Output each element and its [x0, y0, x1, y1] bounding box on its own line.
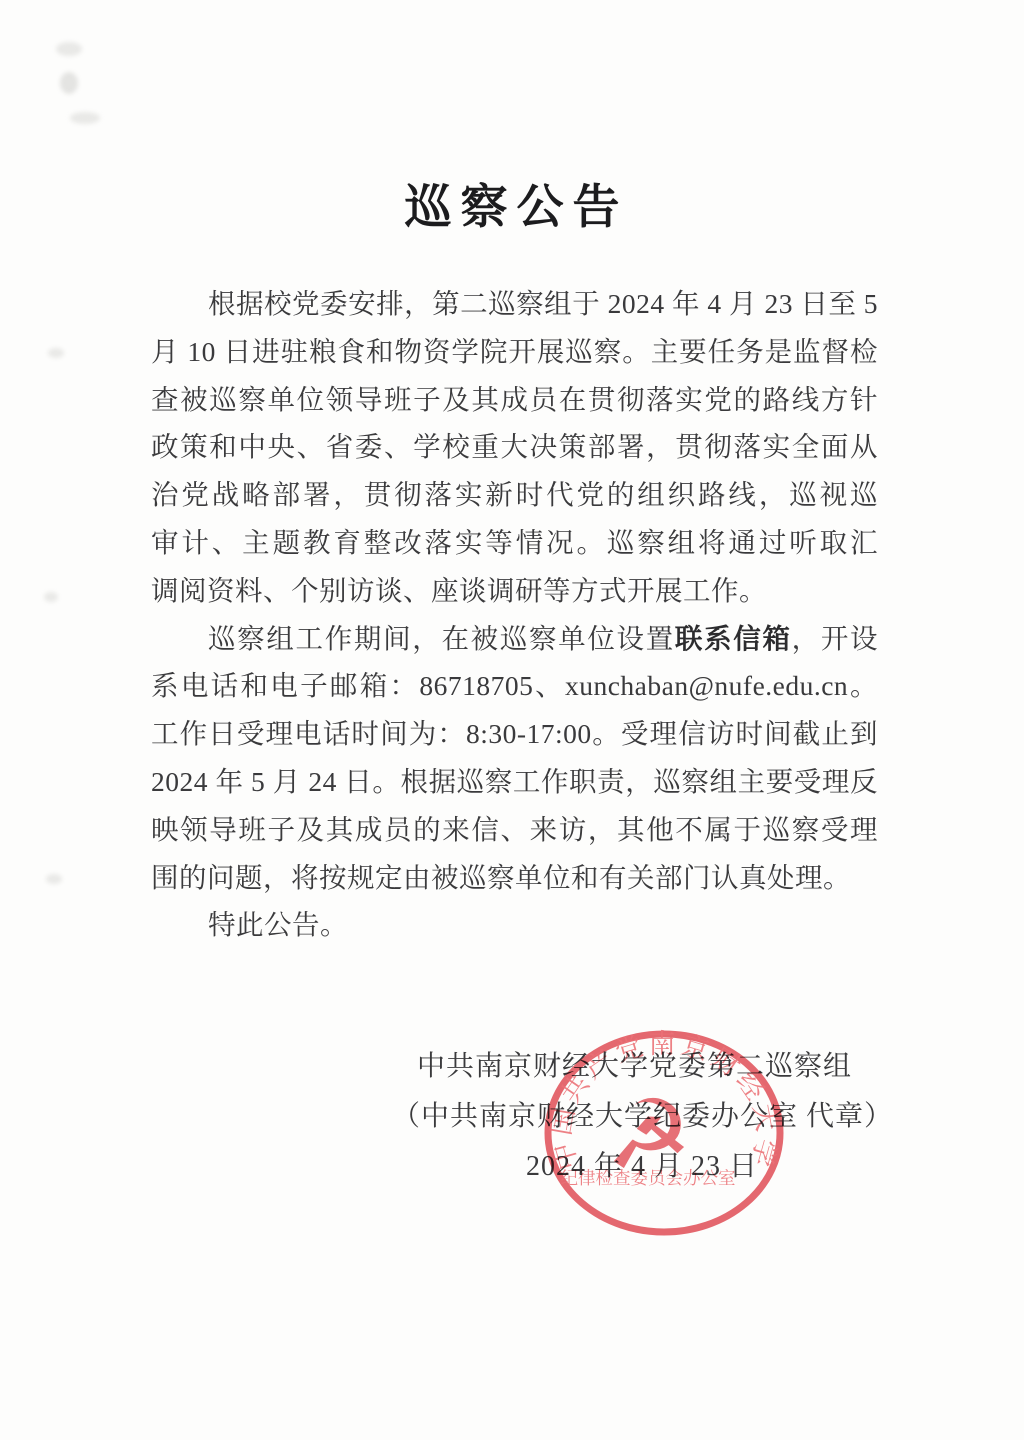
- body-text-segment: 系电话和电子邮箱：86718705、xunchaban@nufe.edu.cn。: [151, 670, 878, 701]
- body-text-segment: 根据校党委安排，第二巡察组于 2024 年 4 月 23 日至 5: [208, 288, 878, 319]
- signature-org: 中共南京财经大学党委第二巡察组: [417, 1050, 852, 1084]
- body-line: 特此公告。: [151, 901, 878, 949]
- body-line: 系电话和电子邮箱：86718705、xunchaban@nufe.edu.cn。: [151, 662, 878, 710]
- scan-artifact: [48, 348, 64, 358]
- body-text-segment: 工作日受理电话时间为：8:30-17:00。受理信访时间截止到: [151, 718, 878, 749]
- body-line: 政策和中央、省委、学校重大决策部署，贯彻落实全面从严: [151, 423, 878, 471]
- body-text-segment: 治党战略部署，贯彻落实新时代党的组织路线，巡视巡察、: [151, 479, 878, 519]
- body-line: 根据校党委安排，第二巡察组于 2024 年 4 月 23 日至 5: [151, 280, 878, 328]
- body-text-segment: 调阅资料、个别访谈、座谈调研等方式开展工作。: [151, 575, 767, 606]
- emphasized-text: 联系信箱: [675, 623, 792, 654]
- signature-agent: （中共南京财经大学纪委办公室 代章）: [392, 1100, 893, 1134]
- body-text-segment: 查被巡察单位领导班子及其成员在贯彻落实党的路线方针: [151, 384, 878, 415]
- document-body: 根据校党委安排，第二巡察组于 2024 年 4 月 23 日至 5月 10 日进…: [151, 280, 878, 949]
- scan-artifact: [56, 42, 82, 56]
- body-line: 巡察组工作期间，在被巡察单位设置联系信箱，开设联: [151, 615, 878, 663]
- body-line: 月 10 日进驻粮食和物资学院开展巡察。主要任务是监督检: [151, 328, 878, 376]
- body-line: 工作日受理电话时间为：8:30-17:00。受理信访时间截止到: [151, 710, 878, 758]
- body-line: 2024 年 5 月 24 日。根据巡察工作职责，巡察组主要受理反: [151, 758, 878, 806]
- body-line: 治党战略部署，贯彻落实新时代党的组织路线，巡视巡察、: [151, 471, 878, 519]
- scan-artifact: [46, 874, 62, 884]
- scan-artifact: [44, 592, 58, 602]
- body-line: 审计、主题教育整改落实等情况。巡察组将通过听取汇报、: [151, 519, 878, 567]
- scan-artifact: [60, 72, 78, 94]
- body-line: 调阅资料、个别访谈、座谈调研等方式开展工作。: [151, 567, 878, 615]
- body-text-segment: 特此公告。: [208, 909, 348, 940]
- signature-date: 2024 年 4 月 23 日: [526, 1150, 758, 1184]
- page-title: 巡察公告: [0, 170, 1024, 237]
- body-line: 围的问题，将按规定由被巡察单位和有关部门认真处理。: [151, 854, 878, 902]
- body-text-segment: 月 10 日进驻粮食和物资学院开展巡察。主要任务是监督检: [151, 336, 878, 367]
- body-line: 查被巡察单位领导班子及其成员在贯彻落实党的路线方针: [151, 376, 878, 424]
- body-text-segment: 映领导班子及其成员的来信、来访，其他不属于巡察受理范: [151, 814, 878, 854]
- body-text-segment: 巡察组工作期间，在被巡察单位设置: [208, 623, 675, 654]
- scan-artifact: [70, 112, 100, 124]
- document-page: 巡察公告 根据校党委安排，第二巡察组于 2024 年 4 月 23 日至 5月 …: [0, 0, 1024, 1440]
- body-line: 映领导班子及其成员的来信、来访，其他不属于巡察受理范: [151, 806, 878, 854]
- body-text-segment: 2024 年 5 月 24 日。根据巡察工作职责，巡察组主要受理反: [151, 766, 878, 797]
- body-text-segment: 审计、主题教育整改落实等情况。巡察组将通过听取汇报、: [151, 527, 878, 567]
- body-text-segment: 围的问题，将按规定由被巡察单位和有关部门认真处理。: [151, 862, 851, 893]
- body-text-segment: 政策和中央、省委、学校重大决策部署，贯彻落实全面从严: [151, 431, 878, 471]
